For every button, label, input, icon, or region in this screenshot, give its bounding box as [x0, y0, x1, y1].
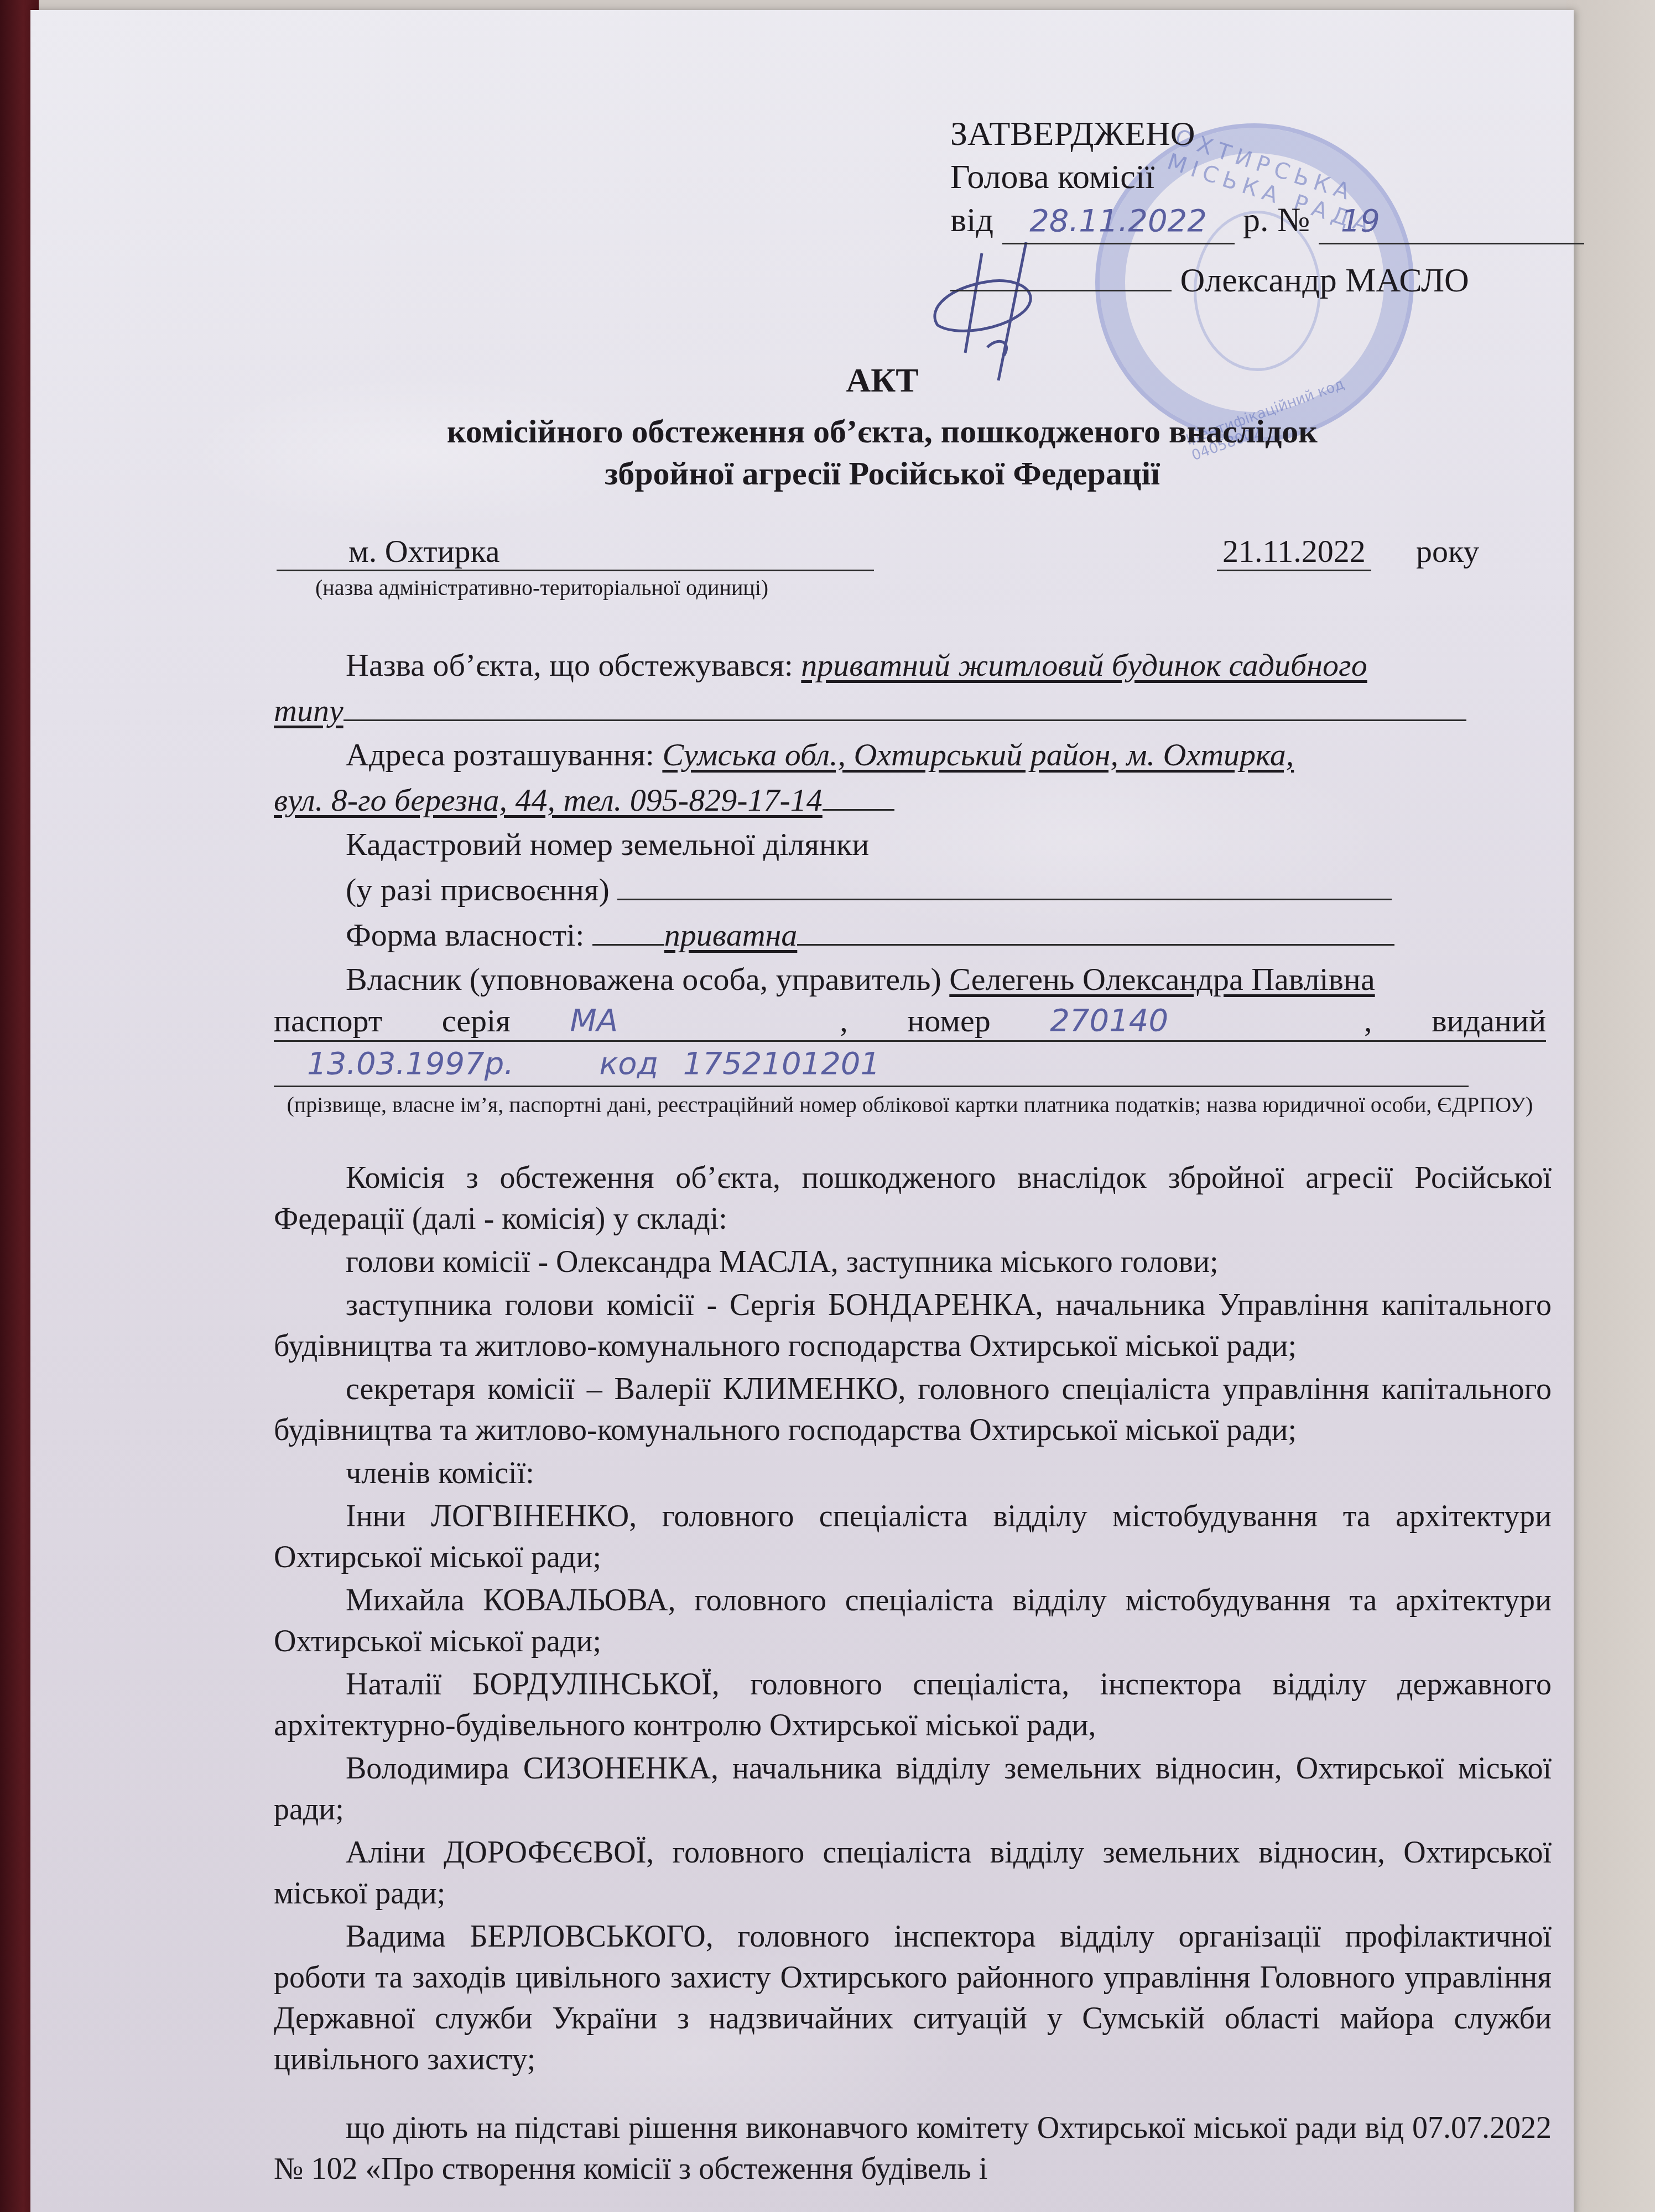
approval-number-handwritten: 19 — [1341, 203, 1380, 239]
blank-line — [797, 912, 1394, 946]
paragraph: Наталії БОРДУЛІНСЬКОЇ, головного спеціал… — [274, 1664, 1552, 1746]
address-label: Адреса розташування: — [346, 737, 654, 773]
place-date-row: м. Охтирка 21.11.2022 року (назва адміні… — [277, 533, 1493, 601]
title-act: АКТ — [340, 358, 1424, 403]
blank-line — [344, 687, 1466, 721]
object-fields: Назва об’єкта, що обстежувався: приватни… — [274, 643, 1546, 1120]
commission-composition: Комісія з обстеження об’єкта, пошкоджено… — [274, 1157, 1552, 2192]
object-name-value-cont: типу — [274, 692, 344, 728]
blank-line — [823, 777, 894, 811]
title-line-2: комісійного обстеження об’єкта, пошкодже… — [340, 410, 1424, 452]
passport-row: паспорт серія МА , номер 270140 , видани… — [274, 1001, 1546, 1042]
place-hint: (назва адміністративно-територіальної од… — [315, 575, 1493, 601]
issued-label: виданий — [1432, 1001, 1546, 1040]
issued-value: 13.03.1997р. — [307, 1046, 514, 1082]
address-value-cont: вул. 8-го березна, 44, тел. 095-829-17-1… — [274, 782, 823, 818]
paragraph: заступника голови комісії - Сергія БОНДА… — [274, 1285, 1552, 1366]
paragraph: Інни ЛОГВІНЕНКО, головного спеціаліста в… — [274, 1496, 1552, 1578]
address-row-cont: вул. 8-го березна, 44, тел. 095-829-17-1… — [274, 777, 1546, 822]
approval-signatory: Олександр МАСЛО — [1180, 262, 1469, 299]
series-comma: , — [840, 1001, 848, 1040]
blank-line — [592, 912, 664, 946]
document-page: ОХТИРСЬКА МІСЬКА РАДА Ідентифікаційний к… — [30, 10, 1574, 2212]
cadastral-sub-label: (у разі присвоєння) — [346, 872, 610, 907]
ownership-value: приватна — [664, 917, 797, 953]
approval-signatory-line: Олександр МАСЛО — [950, 257, 1584, 302]
number-label: номер — [907, 1001, 990, 1040]
approval-date-prefix: від — [950, 201, 993, 239]
series-value: МА — [570, 1001, 780, 1040]
approval-heading: ЗАТВЕРДЖЕНО — [950, 112, 1584, 155]
closing-paragraph: що діють на підставі рішення виконавчого… — [274, 2107, 1552, 2189]
paragraph: членів комісії: — [274, 1453, 1552, 1494]
code-value: 1752101201 — [683, 1046, 880, 1082]
act-date: 21.11.2022 — [1217, 533, 1371, 571]
paragraph: голови комісії - Олександра МАСЛА, засту… — [274, 1241, 1552, 1282]
owner-hint: (прізвище, власне ім’я, паспортні дані, … — [274, 1089, 1546, 1120]
paragraph: Аліни ДОРОФЄЄВОЇ, головного спеціаліста … — [274, 1832, 1552, 1914]
place-value: м. Охтирка — [277, 533, 874, 571]
object-name-label: Назва об’єкта, що обстежувався: — [346, 647, 793, 683]
owner-label: Власник (уповноважена особа, управитель) — [346, 961, 941, 997]
background-surface-right — [1566, 0, 1655, 2212]
object-name-value: приватний житловий будинок садибного — [801, 647, 1367, 683]
signature-field — [950, 257, 1172, 291]
owner-value: Селегень Олександра Павлівна — [949, 961, 1375, 997]
issued-row: 13.03.1997р. код 1752101201 — [274, 1042, 1469, 1087]
object-name-row: Назва об’єкта, що обстежувався: приватни… — [274, 643, 1546, 687]
approval-role: Голова комісії — [950, 155, 1584, 199]
year-suffix: року — [1416, 533, 1479, 570]
paragraph: Комісія з обстеження об’єкта, пошкоджено… — [274, 1157, 1552, 1239]
approval-number-field: 19 — [1319, 199, 1584, 244]
title-line-3: збройної агресії Російської Федерації — [340, 452, 1424, 494]
address-value: Сумська обл., Охтирський район, м. Охтир… — [662, 737, 1294, 773]
owner-row: Власник (уповноважена особа, управитель)… — [274, 957, 1546, 1001]
document-title: АКТ комісійного обстеження об’єкта, пошк… — [340, 358, 1424, 494]
approval-number-prefix: р. № — [1243, 201, 1310, 239]
address-row: Адреса розташування: Сумська обл., Охтир… — [274, 733, 1546, 777]
approval-date-line: від 28.11.2022 р. № 19 — [950, 199, 1584, 244]
number-value: 270140 — [1050, 1001, 1304, 1040]
number-comma: , — [1364, 1001, 1372, 1040]
approval-date-field: 28.11.2022 — [1002, 199, 1235, 244]
cadastral-label: Кадастровий номер земельної ділянки — [274, 822, 1546, 867]
approval-block: ЗАТВЕРДЖЕНО Голова комісії від 28.11.202… — [950, 112, 1584, 302]
cadastral-value-field — [617, 867, 1392, 900]
paragraph: Вадима БЕРЛОВСЬКОГО, головного інспектор… — [274, 1916, 1552, 2080]
cadastral-row: (у разі присвоєння) — [274, 867, 1546, 912]
series-label: серія — [442, 1001, 511, 1040]
object-name-row-cont: типу — [274, 687, 1546, 733]
paragraph: Володимира СИЗОНЕНКА, начальника відділу… — [274, 1748, 1552, 1830]
ownership-label: Форма власності: — [346, 917, 584, 953]
approval-date-handwritten: 28.11.2022 — [1029, 203, 1207, 239]
passport-label: паспорт — [274, 1001, 382, 1040]
ownership-row: Форма власності: приватна — [274, 912, 1546, 957]
code-label: код — [599, 1046, 658, 1082]
paragraph: Михайла КОВАЛЬОВА, головного спеціаліста… — [274, 1580, 1552, 1662]
paragraph: секретаря комісії – Валерії КЛИМЕНКО, го… — [274, 1369, 1552, 1451]
